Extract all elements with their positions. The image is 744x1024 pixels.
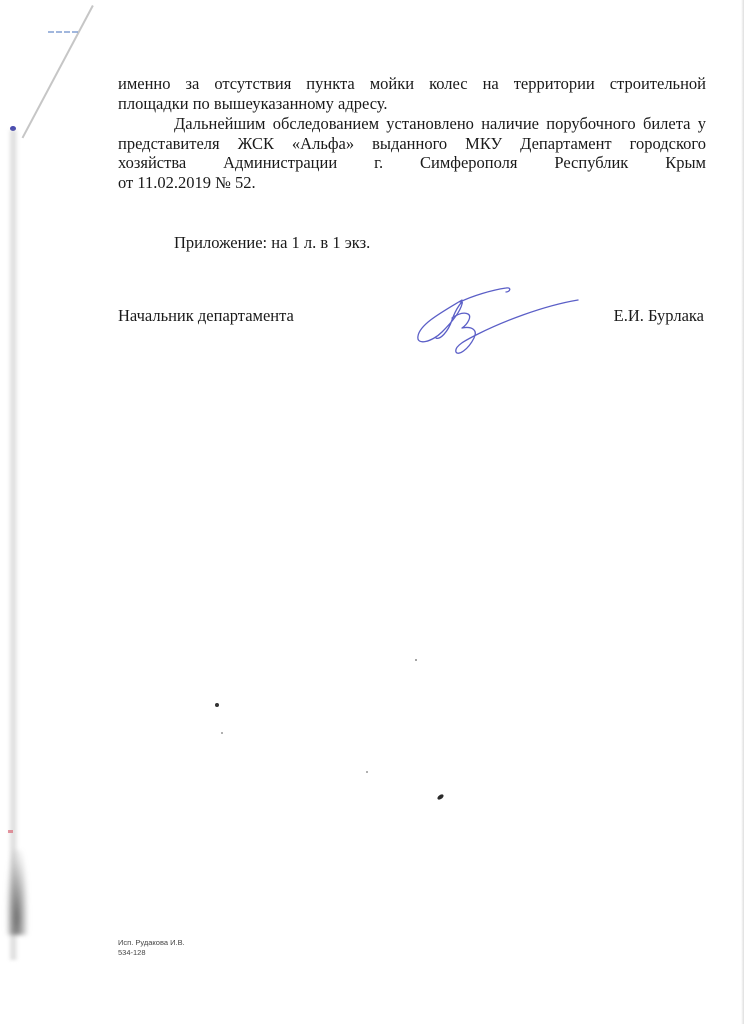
paragraph-line: именно за отсутствия пункта мойки колес … <box>118 74 706 94</box>
scan-speck <box>415 659 417 661</box>
scan-artifact-red-speck <box>8 830 13 833</box>
scan-speck <box>366 771 368 773</box>
paragraph-felling-permit: Дальнейшим обследованием установлено нал… <box>118 114 706 192</box>
scan-artifact-left-edge-shadow <box>8 130 18 960</box>
scan-artifact-dash-mark <box>48 31 78 35</box>
attachment-text: Приложение: на 1 л. в 1 экз. <box>118 233 706 253</box>
scan-speck <box>221 732 223 734</box>
executor-footer: Исп. Рудакова И.В. 534-128 <box>118 938 185 958</box>
paragraph-line: от 11.02.2019 № 52. <box>118 173 706 193</box>
scan-artifact-diagonal-line <box>22 5 94 138</box>
scan-speck <box>215 703 219 707</box>
paragraph-line: хозяйства Администрации г. Симферополя Р… <box>118 153 706 173</box>
scan-artifact-left-edge-dark <box>6 850 28 935</box>
executor-name: Исп. Рудакова И.В. <box>118 938 185 948</box>
scan-speck <box>436 793 444 800</box>
signatory-name: Е.И. Бурлака <box>614 306 704 326</box>
signatory-position: Начальник департамента <box>118 306 294 326</box>
paragraph-line: площадки по вышеуказанному адресу. <box>118 94 706 114</box>
handwritten-signature-icon <box>402 282 592 362</box>
paragraph-line: представителя ЖСК «Альфа» выданного МКУ … <box>118 134 706 154</box>
paragraph-line: Дальнейшим обследованием установлено нал… <box>118 114 706 134</box>
attachment-note: Приложение: на 1 л. в 1 экз. <box>118 233 706 253</box>
scanned-document-page: именно за отсутствия пункта мойки колес … <box>0 0 744 1024</box>
paragraph-wheel-washing: именно за отсутствия пункта мойки колес … <box>118 74 706 113</box>
executor-phone: 534-128 <box>118 948 185 958</box>
